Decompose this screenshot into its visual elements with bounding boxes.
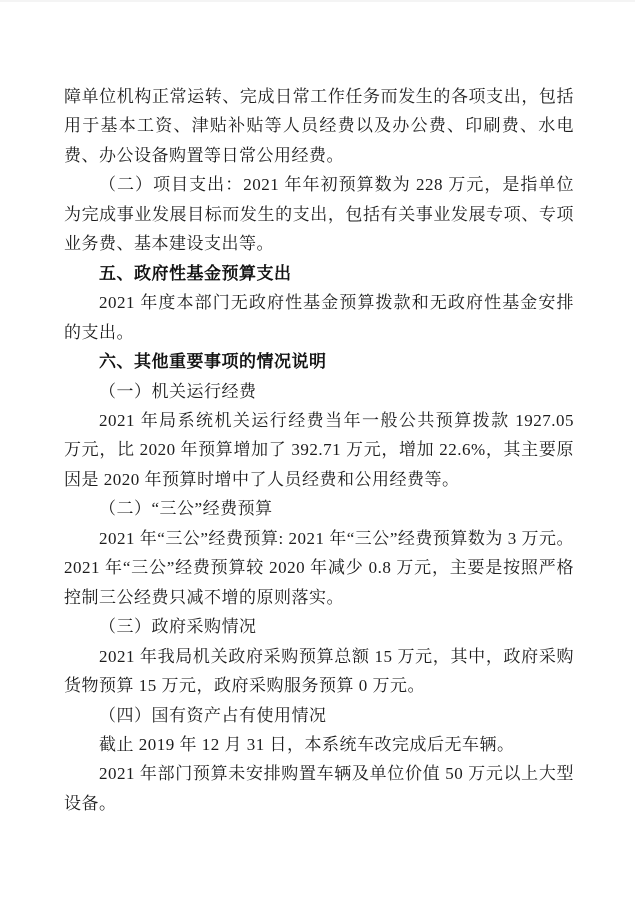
body-paragraph: 障单位机构正常运转、完成日常工作任务而发生的各项支出，包括用于基本工资、津贴补贴…	[64, 82, 574, 170]
body-paragraph: 2021 年我局机关政府采购预算总额 15 万元，其中，政府采购货物预算 15 …	[64, 642, 574, 701]
body-paragraph: （二）项目支出：2021 年年初预算数为 228 万元，是指单位为完成事业发展目…	[64, 170, 574, 258]
section-heading: 五、政府性基金预算支出	[64, 259, 574, 288]
body-paragraph: （一）机关运行经费	[64, 377, 574, 406]
body-paragraph: 2021 年“三公”经费预算: 2021 年“三公”经费预算数为 3 万元。20…	[64, 524, 574, 612]
body-paragraph: 2021 年度本部门无政府性基金预算拨款和无政府性基金安排的支出。	[64, 288, 574, 347]
document-body: 障单位机构正常运转、完成日常工作任务而发生的各项支出，包括用于基本工资、津贴补贴…	[64, 82, 574, 818]
body-paragraph: 2021 年局系统机关运行经费当年一般公共预算拨款 1927.05 万元，比 2…	[64, 406, 574, 494]
page-top-edge	[0, 0, 635, 2]
body-paragraph: （四）国有资产占有使用情况	[64, 701, 574, 730]
body-paragraph: 截止 2019 年 12 月 31 日，本系统车改完成后无车辆。	[64, 730, 574, 759]
body-paragraph: 2021 年部门预算未安排购置车辆及单位价值 50 万元以上大型设备。	[64, 759, 574, 818]
document-page: 障单位机构正常运转、完成日常工作任务而发生的各项支出，包括用于基本工资、津贴补贴…	[0, 0, 635, 898]
body-paragraph: （二）“三公”经费预算	[64, 494, 574, 523]
body-paragraph: （三）政府采购情况	[64, 612, 574, 641]
section-heading: 六、其他重要事项的情况说明	[64, 347, 574, 376]
